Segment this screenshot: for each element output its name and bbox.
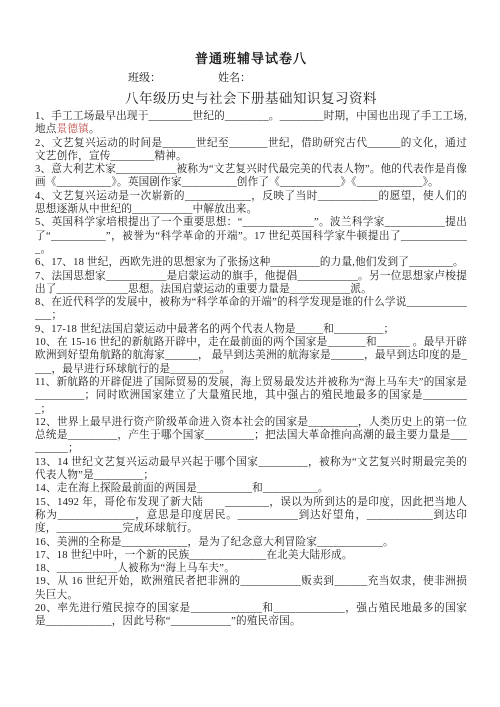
page-title: 普通班辅导试卷八 (35, 48, 467, 67)
question-20: 20、率先进行殖民掠夺的国家是_____________和___________… (35, 602, 467, 629)
question-2: 2、文艺复兴运动的时间是______世纪至_______世纪，借助研究古代___… (35, 137, 467, 164)
question-13: 13、14 世纪文艺复兴运动最早兴起于哪个国家_________，被称为“文艺复… (35, 456, 467, 483)
question-10: 10、在 15-16 世纪的新航路开辟中，走在最前面的两个国家是_______和… (35, 336, 467, 376)
question-4: 4、文艺复兴运动是一次崭新的____________，反映了当时________… (35, 190, 467, 217)
document-page: 普通班辅导试卷八 班级： 姓名： 八年级历史与社会下册基础知识复习资料 1、手工… (0, 0, 500, 707)
question-1-tail: 。 (89, 124, 100, 135)
question-14: 14、走在海上探险最前面的两国是__________和__________。 (35, 482, 467, 495)
question-16: 16、美洲的全称是____________，是为了纪念意大利冒险家_______… (35, 536, 467, 549)
name-label: 姓名： (218, 71, 251, 85)
question-6: 6、17、18 世纪，西欧先进的思想家为了张扬这种_________的力量,他们… (35, 256, 467, 269)
question-5: 5、英国科学家培根提出了一个重要思想：“_____________”。波兰科学家… (35, 216, 467, 256)
question-9: 9、17-18 世纪法国启蒙运动中最著名的两个代表人物是_____和______… (35, 323, 467, 336)
question-17: 17、18 世纪中叶，一个新的民族______________在北美大陆形成。 (35, 549, 467, 562)
question-1-highlight: 景德镇 (57, 124, 89, 135)
question-18: 18、___________人被称为“海上马车夫”。 (35, 562, 467, 575)
question-7: 7、法国思想家___________是启蒙运动的旗手，他提倡__________… (35, 270, 467, 297)
question-8: 8、在近代科学的发展中，被称为“科学革命的开端”的科学发现是谁的什么学说____… (35, 296, 467, 323)
question-15: 15、1492 年，哥伦布发现了新大陆 ________，误以为所到达的是印度，… (35, 496, 467, 536)
question-3: 3、意大利艺术家___________被称为“文艺复兴时代最完美的代表人物”。他… (35, 163, 467, 190)
document-subtitle: 八年级历史与社会下册基础知识复习资料 (35, 87, 467, 107)
question-19: 19、从 16 世纪开始，欧洲殖民者把非洲的___________贩卖到____… (35, 575, 467, 602)
class-label: 班级： (128, 71, 161, 85)
question-1: 1、手工工场最早出现于________世纪的________。________时… (35, 110, 467, 137)
question-1-text: 1、手工工场最早出现于________世纪的________。________时… (35, 111, 467, 135)
question-11: 11、新航路的开辟促进了国际贸易的发展，海上贸易最发达并被称为“海上马车夫”的国… (35, 376, 467, 416)
question-12: 12、世界上最早进行资产阶级革命进入资本社会的国家是_________，人类历史… (35, 416, 467, 456)
meta-row: 班级： 姓名： (128, 71, 467, 85)
question-list: 1、手工工场最早出现于________世纪的________。________时… (35, 110, 467, 629)
